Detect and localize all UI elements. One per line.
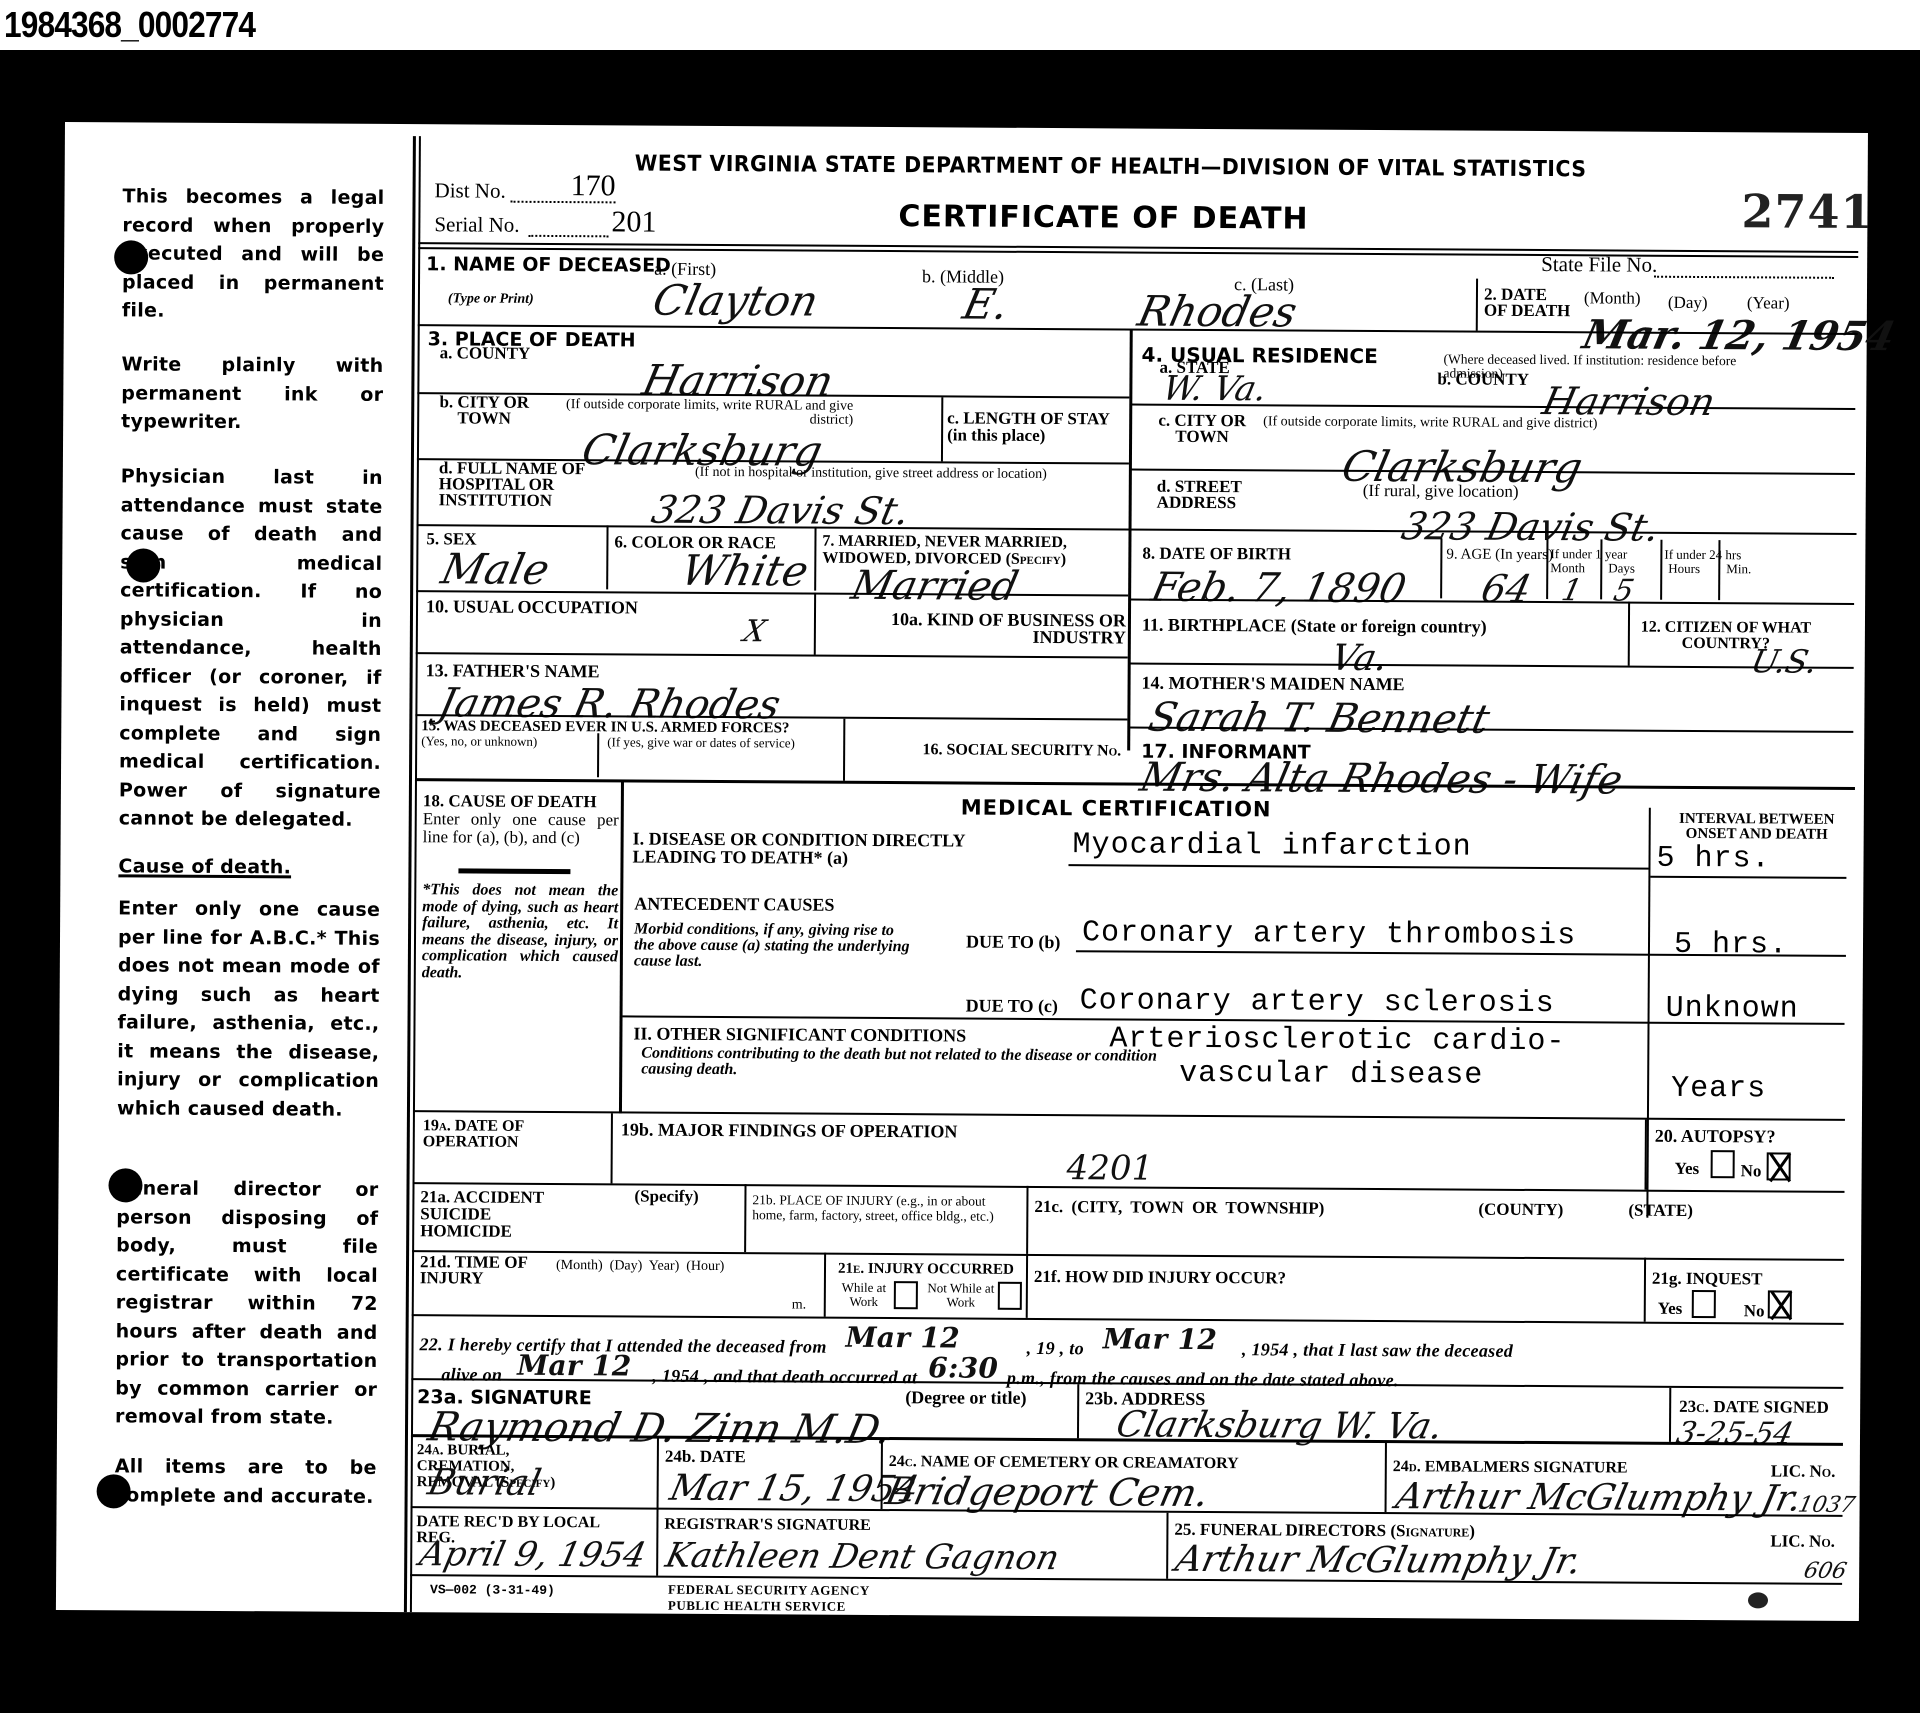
interval-a-value: 5 hrs. — [1656, 842, 1770, 877]
county-label: a. COUNTY — [440, 344, 531, 362]
union-label-mark — [1748, 1592, 1768, 1608]
not-while-at-work-checkbox[interactable] — [998, 1282, 1022, 1310]
rule — [1127, 331, 1133, 751]
state-file-label: State File No. — [1541, 256, 1657, 274]
instruction-complete: All items are to be complete and accurat… — [115, 1452, 377, 1511]
injury-county-label: (COUNTY) — [1478, 1201, 1563, 1219]
instruction-physician: Physician last in attendance must state … — [119, 462, 383, 834]
date-received-value: April 9, 1954 — [416, 1534, 650, 1575]
funeral-director-signature: Arthur McGlumphy Jr. — [1172, 1539, 1585, 1582]
certify-text: , 19 — [1027, 1338, 1055, 1358]
degree-label: (Degree or title) — [905, 1389, 1026, 1407]
operation-findings-label: 19b. MAJOR FINDINGS OF OPERATION — [621, 1121, 958, 1140]
serial-no-label: Serial No. — [434, 216, 519, 234]
rule — [1660, 540, 1662, 600]
rule — [606, 525, 608, 589]
certify-text: , and that death occurred at — [704, 1366, 918, 1387]
burial-method-value: Burial — [424, 1462, 544, 1504]
rule — [1068, 864, 1648, 869]
first-name-value: Clayton — [649, 276, 823, 326]
mother-label: 14. MOTHER'S MAIDEN NAME — [1142, 675, 1405, 694]
rule — [744, 1184, 746, 1252]
other-conditions-line1: Arteriosclerotic cardio- — [1109, 1022, 1565, 1059]
part2-note: Conditions contributing to the death but… — [641, 1046, 1161, 1081]
punch-hole — [114, 240, 148, 274]
middle-name-value: E. — [959, 280, 1014, 329]
ssn-label: 16. SOCIAL SECURITY No. — [851, 741, 1121, 761]
cause-note: *This does not mean the mode of dying, s… — [422, 882, 619, 982]
attended-to-year: , 1954 — [1242, 1339, 1289, 1359]
dist-no-value: 170 — [571, 169, 616, 203]
autopsy-no-label: No — [1741, 1162, 1762, 1179]
death-time: 6:30 — [928, 1351, 998, 1384]
burial-date-label: 24b. DATE — [665, 1448, 746, 1465]
accident-label: 21a. ACCIDENT SUICIDE HOMICIDE — [420, 1188, 560, 1240]
city-note: (If outside corporate limits, write RURA… — [543, 398, 853, 428]
footer-agency: FEDERAL SECURITY AGENCY — [668, 1582, 870, 1599]
first-name-label: a. (First) — [654, 262, 716, 276]
time-m-label: m. — [792, 1298, 806, 1312]
registrar-label: REGISTRAR'S SIGNATURE — [664, 1516, 871, 1534]
rule — [415, 778, 1855, 790]
date-signed-label: 23c. DATE SIGNED — [1679, 1398, 1829, 1416]
embalmer-label: 24d. EMBALMERS SIGNATURE — [1393, 1458, 1628, 1476]
inquest-no-checkbox-checked[interactable] — [1768, 1290, 1792, 1318]
rule — [1645, 1120, 1647, 1190]
rule — [619, 781, 624, 1113]
rule — [1644, 1258, 1646, 1322]
rule — [814, 527, 816, 591]
funeral-director-label: 25. FUNERAL DIRECTORS (Signature) — [1174, 1521, 1475, 1540]
rule — [1546, 539, 1548, 599]
rule — [881, 1439, 883, 1509]
res-street-note: (If rural, give location) — [1363, 484, 1519, 499]
rule — [1718, 540, 1720, 600]
registrar-signature: Kathleen Dent Gagnon — [662, 1536, 1063, 1578]
injury-city-label: 21c. (CITY, TOWN OR TOWNSHIP) — [1034, 1198, 1324, 1217]
rule — [1440, 538, 1442, 598]
citizen-value: U.S. — [1748, 642, 1821, 680]
rule — [1476, 279, 1478, 331]
other-interval-value: Years — [1671, 1072, 1766, 1107]
month-label: (Month) — [1584, 291, 1641, 305]
sex-value: Male — [437, 544, 554, 594]
inquest-no-label: No — [1744, 1302, 1765, 1319]
antecedent-note: Morbid conditions, if any, giving rise t… — [634, 921, 914, 971]
embalmer-lic-label: LIC. No. — [1771, 1462, 1836, 1479]
antecedent-label: ANTECEDENT CAUSES — [634, 895, 834, 913]
cemetery-value: Bridgeport Cem. — [882, 1469, 1213, 1515]
rule — [597, 733, 599, 777]
footer-service: PUBLIC HEALTH SERVICE — [668, 1598, 846, 1615]
autopsy-yes-checkbox[interactable] — [1711, 1150, 1735, 1178]
specify-label: (Specify) — [634, 1187, 698, 1204]
other-conditions-line2: vascular disease — [1179, 1057, 1483, 1093]
autopsy-yes-label: Yes — [1675, 1160, 1700, 1177]
autopsy-no-checkbox-checked[interactable] — [1767, 1152, 1791, 1180]
rule — [611, 1113, 613, 1183]
state-file-line — [1654, 260, 1834, 279]
hours-label: Hours — [1668, 562, 1700, 576]
injury-state-label: (STATE) — [1628, 1202, 1693, 1219]
instruction-funeral-director: Funeral director or person disposing of … — [115, 1174, 379, 1432]
rule — [843, 719, 845, 781]
alive-on-date: Mar 12 — [517, 1349, 632, 1383]
certify-text: alive on — [441, 1364, 502, 1384]
rule — [458, 868, 570, 874]
serial-no-line — [528, 215, 608, 237]
rule — [1077, 1384, 1079, 1438]
punch-hole — [126, 548, 160, 582]
injury-occurred-label: 21e. INJURY OCCURRED — [838, 1261, 1014, 1279]
part2-label: II. OTHER SIGNIFICANT CONDITIONS — [633, 1025, 966, 1044]
rule — [941, 397, 943, 461]
autopsy-label: 20. AUTOPSY? — [1655, 1128, 1776, 1146]
rule — [1650, 876, 1846, 879]
form-number: VS—002 (3-31-49) — [430, 1582, 555, 1598]
mother-value: Sarah T. Bennett — [1144, 695, 1493, 743]
cause-b-value: Coronary artery thrombosis — [1082, 916, 1576, 953]
inquest-label: 21g. INQUEST — [1652, 1270, 1763, 1288]
instruction-cause-heading: Cause of death. — [118, 852, 380, 882]
rule — [1130, 663, 1854, 669]
while-at-work-label: While at Work — [836, 1281, 892, 1309]
operation-date-label: 19a. DATE OF OPERATION — [423, 1118, 573, 1151]
armed-forces-sub1: (Yes, no, or unknown) — [421, 734, 537, 749]
stamp-number: 2741 — [1741, 184, 1873, 239]
birthplace-label: 11. BIRTHPLACE (State or foreign country… — [1142, 617, 1487, 636]
date-of-death-label: 2. DATE OF DEATH — [1484, 287, 1574, 320]
rule — [1026, 1186, 1028, 1254]
time-of-injury-label: 21d. TIME OF INJURY — [420, 1254, 530, 1287]
armed-forces-sub2: (If yes, give war or dates of service) — [607, 735, 795, 750]
part1-label: I. DISEASE OR CONDITION DIRECTLY LEADING… — [632, 829, 1052, 868]
director-lic-value: 606 — [1801, 1559, 1848, 1584]
place-of-injury-label: 21b. PLACE OF INJURY (e.g., in or about … — [752, 1192, 1012, 1224]
length-of-stay-label: c. LENGTH OF STAY (in this place) — [947, 409, 1127, 444]
rule — [1600, 539, 1602, 599]
rule — [1646, 808, 1651, 1218]
interval-b-value: 5 hrs. — [1674, 928, 1788, 963]
hospital-label: d. FULL NAME OF HOSPITAL OR INSTITUTION — [439, 460, 639, 509]
death-certificate: This becomes a legal record when properl… — [56, 122, 1868, 1621]
res-city-label: c. CITY OR TOWN — [1157, 413, 1247, 446]
while-at-work-checkbox[interactable] — [894, 1281, 918, 1309]
punch-hole — [108, 1168, 142, 1202]
interval-label: INTERVAL BETWEEN ONSET AND DEATH — [1657, 812, 1857, 843]
res-city-note: (If outside corporate limits, write RURA… — [1263, 415, 1597, 431]
cause-of-death-label: 18. CAUSE OF DEATH — [423, 792, 597, 810]
date-signed-value: 3-25-54 — [1673, 1416, 1796, 1452]
not-while-at-work-label: Not While at Work — [926, 1281, 996, 1309]
cause-a-value: Myocardial infarction — [1072, 828, 1471, 864]
father-label: 13. FATHER'S NAME — [426, 662, 600, 680]
hospital-note: (If not in hospital or institution, give… — [647, 466, 1047, 482]
certify-text: p.m., from the causes and on the date st… — [1007, 1368, 1399, 1390]
day-label: (Day) — [1668, 296, 1708, 310]
city-label: b. CITY OR TOWN — [439, 394, 529, 427]
due-to-b-label: DUE TO (b) — [966, 934, 1060, 952]
res-street-value: 323 Davis St. — [1398, 504, 1664, 550]
certificate-title: CERTIFICATE OF DEATH — [898, 199, 1308, 237]
instruction-legal-record: This becomes a legal record when properl… — [122, 182, 385, 326]
min-label: Min. — [1726, 562, 1751, 576]
occupation-value: X — [740, 614, 769, 649]
rule — [1026, 1254, 1028, 1318]
document-id-bar: 1984368_0002774 — [0, 0, 1920, 50]
document-id: 1984368_0002774 — [4, 4, 255, 46]
race-value: White — [677, 546, 813, 596]
rule — [410, 1574, 1842, 1585]
dob-value: Feb. 7, 1890 — [1147, 565, 1410, 612]
year-label: (Year) — [1747, 296, 1790, 310]
age-value: 64 — [1477, 567, 1535, 611]
dob-label: 8. DATE OF BIRTH — [1142, 545, 1291, 563]
how-injury-label: 21f. HOW DID INJURY OCCUR? — [1034, 1268, 1286, 1287]
rule — [1628, 602, 1630, 666]
rule — [824, 1253, 826, 1317]
due-to-c-label: DUE TO (c) — [966, 998, 1058, 1016]
business-label: 10a. KIND OF BUSINESS OR INDUSTRY — [826, 611, 1126, 647]
instruction-cause-of-death: Enter only one cause per line for A.B.C.… — [117, 894, 380, 1124]
certify-text: , to — [1060, 1338, 1084, 1358]
punch-hole — [97, 1474, 131, 1508]
inquest-yes-label: Yes — [1658, 1300, 1683, 1317]
certify-text: , that I last saw the deceased — [1294, 1340, 1514, 1361]
name-label: 1. NAME OF DECEASED — [426, 256, 671, 274]
name-sublabel: (Type or Print) — [448, 292, 534, 307]
attended-from-date: Mar 12 — [845, 1321, 960, 1355]
marital-value: Married — [847, 563, 1022, 610]
operation-code: 4201 — [1067, 1148, 1154, 1189]
rule — [1166, 1513, 1168, 1579]
rule — [1669, 1388, 1671, 1442]
instruction-write-plainly: Write plainly with permanent ink or type… — [121, 350, 384, 437]
inquest-yes-checkbox[interactable] — [1692, 1290, 1716, 1318]
medical-certification-title: MEDICAL CERTIFICATION — [961, 795, 1272, 821]
attended-to-date: Mar 12 — [1103, 1322, 1218, 1356]
rule — [814, 593, 816, 655]
rule — [416, 652, 1128, 658]
alive-on-year: , 1954 — [652, 1366, 699, 1386]
agency-title: WEST VIRGINIA STATE DEPARTMENT OF HEALTH… — [635, 151, 1587, 182]
age-label: 9. AGE (In years) — [1446, 546, 1553, 564]
director-lic-label: LIC. No. — [1770, 1532, 1835, 1549]
res-county-label: b. COUNTY — [1437, 370, 1529, 388]
time-of-injury-columns: (Month) (Day) Year) (Hour) — [556, 1259, 724, 1274]
cause-c-value: Coronary artery sclerosis — [1080, 984, 1555, 1021]
occupation-label: 10. USUAL OCCUPATION — [426, 598, 638, 616]
serial-no-value: 201 — [611, 205, 656, 239]
rule — [1385, 1442, 1387, 1512]
cause-instruction: Enter only one cause per line for (a), (… — [423, 810, 619, 847]
dist-no-label: Dist No. — [435, 182, 506, 199]
res-street-label: d. STREET ADDRESS — [1157, 479, 1307, 512]
